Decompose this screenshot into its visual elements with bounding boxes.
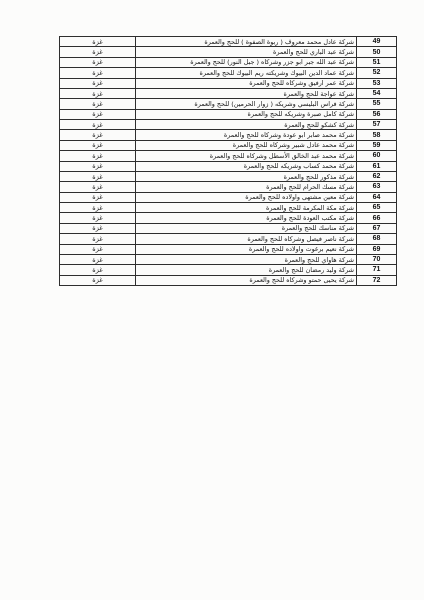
city-cell: غزة [60, 182, 136, 191]
row-number-cell: 55 [357, 99, 396, 108]
table-row: غزة شركة ناصر فيصل وشركاه للحج والعمرة 6… [60, 233, 396, 243]
company-name-cell: شركة مسك الحرام للحج والعمرة [136, 182, 357, 191]
table-row: غزة شركة مكة المكرمة للحج والعمرة 65 [60, 202, 396, 212]
company-name-cell: شركة مكة المكرمة للحج والعمرة [136, 203, 357, 212]
row-number-cell: 68 [357, 234, 396, 243]
company-name-cell: شركة محمد كساب وشريكه للحج والعمرة [136, 162, 357, 171]
row-number-cell: 66 [357, 213, 396, 222]
table-row: غزة شركة عبد الله جبر ابو جزر وشركاه ( ج… [60, 57, 396, 67]
row-number-cell: 62 [357, 172, 396, 181]
company-name-cell: شركة معين مشتهى واولاده للحج والعمرة [136, 193, 357, 202]
company-name-cell: شركة عماد الدين البيوك وشريكته ريم البيو… [136, 68, 357, 77]
table-row: غزة شركة عمر ارفيق وشركاه للحج والعمرة 5… [60, 78, 396, 88]
city-cell: غزة [60, 99, 136, 108]
company-name-cell: شركة عواجة للحج والعمرة [136, 89, 357, 98]
table-row: غزة شركة عبد الباري للحج والعمرة 50 [60, 46, 396, 56]
city-cell: غزة [60, 224, 136, 233]
company-name-cell: شركة عبد الباري للحج والعمرة [136, 47, 357, 56]
city-cell: غزة [60, 162, 136, 171]
row-number-cell: 51 [357, 58, 396, 67]
table-row: غزة شركة مكتب العودة للحج والعمرة 66 [60, 212, 396, 222]
city-cell: غزة [60, 58, 136, 67]
city-cell: غزة [60, 89, 136, 98]
table-row: غزة شركة معين مشتهى واولاده للحج والعمرة… [60, 192, 396, 202]
city-cell: غزة [60, 193, 136, 202]
row-number-cell: 60 [357, 151, 396, 160]
city-cell: غزة [60, 172, 136, 181]
city-cell: غزة [60, 79, 136, 88]
company-name-cell: شركة نعيم برغوت واولاده للحج والعمرة [136, 245, 357, 254]
table-row: غزة شركة فراس البليسي وشريكه ( زوار الحر… [60, 98, 396, 108]
row-number-cell: 69 [357, 245, 396, 254]
row-number-cell: 54 [357, 89, 396, 98]
company-name-cell: شركة مكتب العودة للحج والعمرة [136, 213, 357, 222]
company-name-cell: شركة هاواي للحج والعمرة [136, 255, 357, 264]
city-cell: غزة [60, 110, 136, 119]
company-name-cell: شركة يحيى حمتو وشركاه للحج والعمرة [136, 276, 357, 285]
company-name-cell: شركة مذكور للحج والعمرة [136, 172, 357, 181]
city-cell: غزة [60, 234, 136, 243]
company-name-cell: شركة كشكو للحج والعمرة [136, 120, 357, 129]
row-number-cell: 49 [357, 37, 396, 46]
row-number-cell: 59 [357, 141, 396, 150]
city-cell: غزة [60, 37, 136, 46]
row-number-cell: 72 [357, 276, 396, 285]
company-name-cell: شركة عمر ارفيق وشركاه للحج والعمرة [136, 79, 357, 88]
company-name-cell: شركة كامل صبرة وشريكه للحج والعمرة [136, 110, 357, 119]
company-name-cell: شركة فراس البليسي وشريكه ( زوار الحرمين)… [136, 99, 357, 108]
table-row: غزة شركة مناسك للحج والعمرة 67 [60, 223, 396, 233]
row-number-cell: 53 [357, 79, 396, 88]
row-number-cell: 71 [357, 265, 396, 274]
city-cell: غزة [60, 151, 136, 160]
company-name-cell: شركة عبد الله جبر ابو جزر وشركاه ( جبل ا… [136, 58, 357, 67]
company-name-cell: شركة وليد رمضان للحج والعمرة [136, 265, 357, 274]
table-row: غزة شركة مذكور للحج والعمرة 62 [60, 171, 396, 181]
table-row: غزة شركة عواجة للحج والعمرة 54 [60, 88, 396, 98]
city-cell: غزة [60, 245, 136, 254]
row-number-cell: 65 [357, 203, 396, 212]
row-number-cell: 61 [357, 162, 396, 171]
row-number-cell: 63 [357, 182, 396, 191]
city-cell: غزة [60, 47, 136, 56]
scanned-document-page: غزة شركة عادل محمد معروف ( ربوة الصفوة )… [0, 0, 424, 600]
company-name-cell: شركة مناسك للحج والعمرة [136, 224, 357, 233]
row-number-cell: 58 [357, 130, 396, 139]
city-cell: غزة [60, 130, 136, 139]
table-row: غزة شركة محمد صابر ابو عودة وشركاه للحج … [60, 129, 396, 139]
company-name-cell: شركة محمد صابر ابو عودة وشركاه للحج والع… [136, 130, 357, 139]
row-number-cell: 57 [357, 120, 396, 129]
row-number-cell: 52 [357, 68, 396, 77]
table-row: غزة شركة مسك الحرام للحج والعمرة 63 [60, 181, 396, 191]
table-row: غزة شركة محمد عادل شبير وشركاه للحج والع… [60, 140, 396, 150]
companies-table: غزة شركة عادل محمد معروف ( ربوة الصفوة )… [59, 36, 397, 286]
company-name-cell: شركة محمد عبد الخالق الأسطل وشركاه للحج … [136, 151, 357, 160]
row-number-cell: 67 [357, 224, 396, 233]
row-number-cell: 70 [357, 255, 396, 264]
table-row: غزة شركة نعيم برغوت واولاده للحج والعمرة… [60, 244, 396, 254]
row-number-cell: 50 [357, 47, 396, 56]
city-cell: غزة [60, 120, 136, 129]
city-cell: غزة [60, 265, 136, 274]
table-row: غزة شركة عادل محمد معروف ( ربوة الصفوة )… [60, 37, 396, 46]
table-row: غزة شركة محمد كساب وشريكه للحج والعمرة 6… [60, 161, 396, 171]
city-cell: غزة [60, 68, 136, 77]
city-cell: غزة [60, 213, 136, 222]
table-row: غزة شركة هاواي للحج والعمرة 70 [60, 254, 396, 264]
city-cell: غزة [60, 141, 136, 150]
city-cell: غزة [60, 203, 136, 212]
company-name-cell: شركة محمد عادل شبير وشركاه للحج والعمرة [136, 141, 357, 150]
table-row: غزة شركة كامل صبرة وشريكه للحج والعمرة 5… [60, 109, 396, 119]
company-name-cell: شركة ناصر فيصل وشركاه للحج والعمرة [136, 234, 357, 243]
table-row: غزة شركة محمد عبد الخالق الأسطل وشركاه ل… [60, 150, 396, 160]
table-row: غزة شركة يحيى حمتو وشركاه للحج والعمرة 7… [60, 275, 396, 285]
table-row: غزة شركة كشكو للحج والعمرة 57 [60, 119, 396, 129]
city-cell: غزة [60, 276, 136, 285]
table-row: غزة شركة وليد رمضان للحج والعمرة 71 [60, 264, 396, 274]
city-cell: غزة [60, 255, 136, 264]
company-name-cell: شركة عادل محمد معروف ( ربوة الصفوة ) للح… [136, 37, 357, 46]
row-number-cell: 56 [357, 110, 396, 119]
row-number-cell: 64 [357, 193, 396, 202]
table-row: غزة شركة عماد الدين البيوك وشريكته ريم ا… [60, 67, 396, 77]
